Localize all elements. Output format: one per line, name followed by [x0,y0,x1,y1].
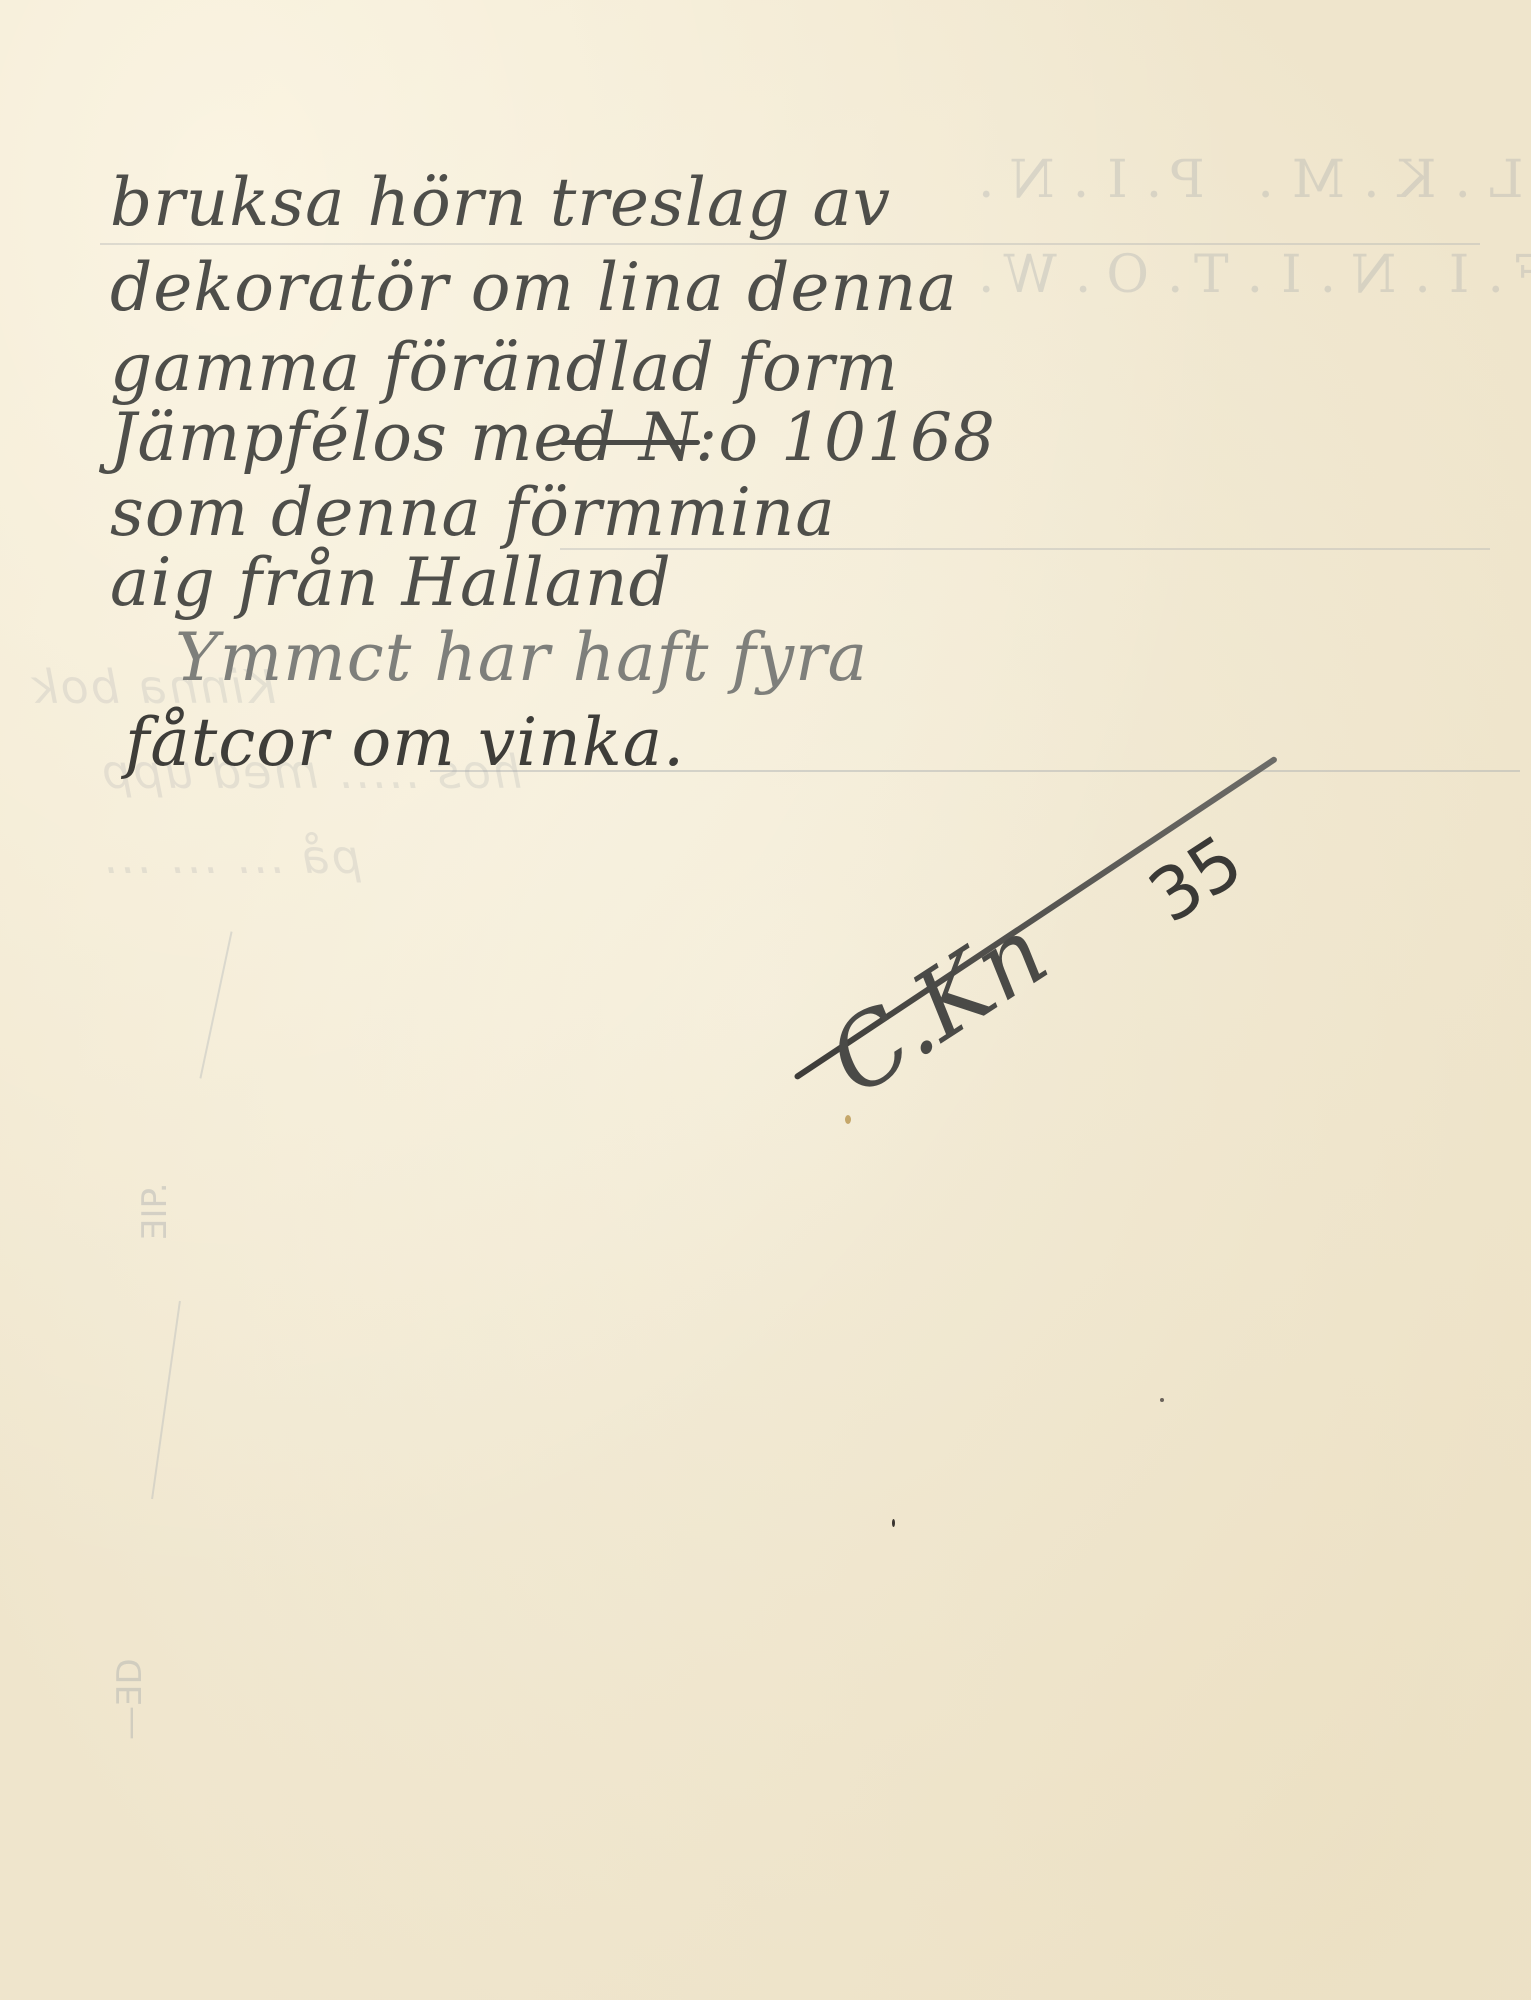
handwritten-line-6: aig från Halland [110,550,672,616]
handwritten-line-1: bruksa hörn treslag av [110,170,891,236]
letter-page: L.K.M. P.I.N. F.I.N.I.T.O.W. Kinna bok h… [0,0,1531,2000]
show-through-handwriting: på ... ... ... [100,830,361,884]
show-through-rule [100,243,1480,245]
show-through-stroke [199,931,232,1078]
handwritten-line-2: dekoratör om lina denna [110,255,958,321]
paper-speck [845,1115,851,1124]
paper-speck [1160,1398,1164,1402]
struck-text-mark [560,440,700,445]
show-through-margin-mark: —ƎD [110,1658,150,1740]
handwritten-line-4: Jämpfélos med N:o 10168 [110,405,996,471]
show-through-stroke [151,1301,181,1499]
handwritten-line-3: gamma förändlad form [110,335,899,401]
signature-initials: C.Kn [809,896,1066,1117]
handwritten-line-7: Ymmct har haft fyra [175,625,868,691]
show-through-letterhead-2: F.I.N.I.T.O.W. [960,245,1531,305]
show-through-letterhead-1: L.K.M. P.I.N. [960,150,1524,210]
handwritten-line-8: fåtcor om vinka. [125,710,685,776]
handwritten-line-5: som denna förmmina [110,480,836,546]
paper-speck [892,1519,895,1527]
show-through-margin-mark: ƎIP. [135,1182,175,1240]
